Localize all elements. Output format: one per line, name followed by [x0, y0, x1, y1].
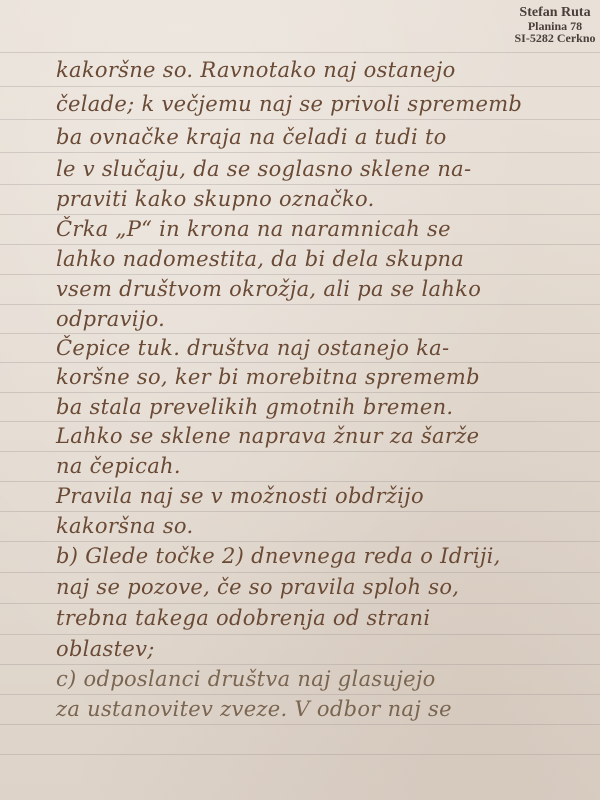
- ruled-line: [0, 184, 600, 185]
- handwritten-line: ba stala prevelikih gmotnih bremen.: [56, 395, 453, 419]
- ruled-line: [0, 724, 600, 725]
- handwritten-line: na čepicah.: [56, 454, 181, 478]
- ruled-line: [0, 754, 600, 755]
- handwritten-line: za ustanovitev zveze. V odbor naj se: [56, 697, 452, 721]
- handwritten-line: koršne so, ker bi morebitna sprememb: [56, 365, 480, 389]
- ruled-line: [0, 244, 600, 245]
- ruled-line: [0, 572, 600, 573]
- ruled-line: [0, 511, 600, 512]
- ruled-line: [0, 634, 600, 635]
- handwritten-line: kakoršne so. Ravnotako naj ostanejo: [56, 58, 456, 82]
- stamp-name: Stefan Ruta: [510, 6, 600, 20]
- handwritten-line: lahko nadomestita, da bi dela skupna: [56, 247, 464, 271]
- ruled-line: [0, 421, 600, 422]
- ruled-line: [0, 362, 600, 363]
- ruled-line: [0, 86, 600, 87]
- handwritten-line: ba ovnačke kraja na čeladi a tudi to: [56, 125, 447, 149]
- manuscript-page: Stefan Ruta Planina 78 SI-5282 Cerkno ka…: [0, 0, 600, 800]
- archive-stamp: Stefan Ruta Planina 78 SI-5282 Cerkno: [510, 6, 600, 44]
- ruled-line: [0, 603, 600, 604]
- stamp-city: SI-5282 Cerkno: [510, 32, 600, 44]
- ruled-line: [0, 152, 600, 153]
- ruled-line: [0, 451, 600, 452]
- handwritten-line: Lahko se sklene naprava žnur za šarže: [56, 424, 479, 448]
- handwritten-line: oblastev;: [56, 637, 155, 661]
- handwritten-line: čelade; k večjemu naj se privoli spremem…: [56, 92, 522, 116]
- ruled-line: [0, 333, 600, 334]
- handwritten-line: Črka „P“ in krona na naramnicah se: [56, 217, 451, 241]
- ruled-line: [0, 52, 600, 53]
- handwritten-line: Čepice tuk. društva naj ostanejo ka-: [56, 336, 449, 360]
- ruled-line: [0, 664, 600, 665]
- ruled-line: [0, 481, 600, 482]
- ruled-line: [0, 694, 600, 695]
- ruled-line: [0, 304, 600, 305]
- handwritten-line: vsem društvom okrožja, ali pa se lahko: [56, 277, 481, 301]
- ruled-line: [0, 274, 600, 275]
- handwritten-line: naj se pozove, če so pravila sploh so,: [56, 575, 459, 599]
- handwritten-line: praviti kako skupno označko.: [56, 187, 375, 211]
- handwritten-line: b) Glede točke 2) dnevnega reda o Idriji…: [56, 544, 501, 568]
- handwritten-line: odpravijo.: [56, 307, 165, 331]
- handwritten-line: le v slučaju, da se soglasno sklene na-: [56, 157, 471, 181]
- ruled-line: [0, 392, 600, 393]
- ruled-line: [0, 119, 600, 120]
- ruled-line: [0, 541, 600, 542]
- handwritten-line: kakoršna so.: [56, 514, 193, 538]
- ruled-line: [0, 214, 600, 215]
- handwritten-line: Pravila naj se v možnosti obdržijo: [56, 484, 424, 508]
- handwritten-line: c) odposlanci društva naj glasujejo: [56, 667, 436, 691]
- handwritten-line: trebna takega odobrenja od strani: [56, 606, 430, 630]
